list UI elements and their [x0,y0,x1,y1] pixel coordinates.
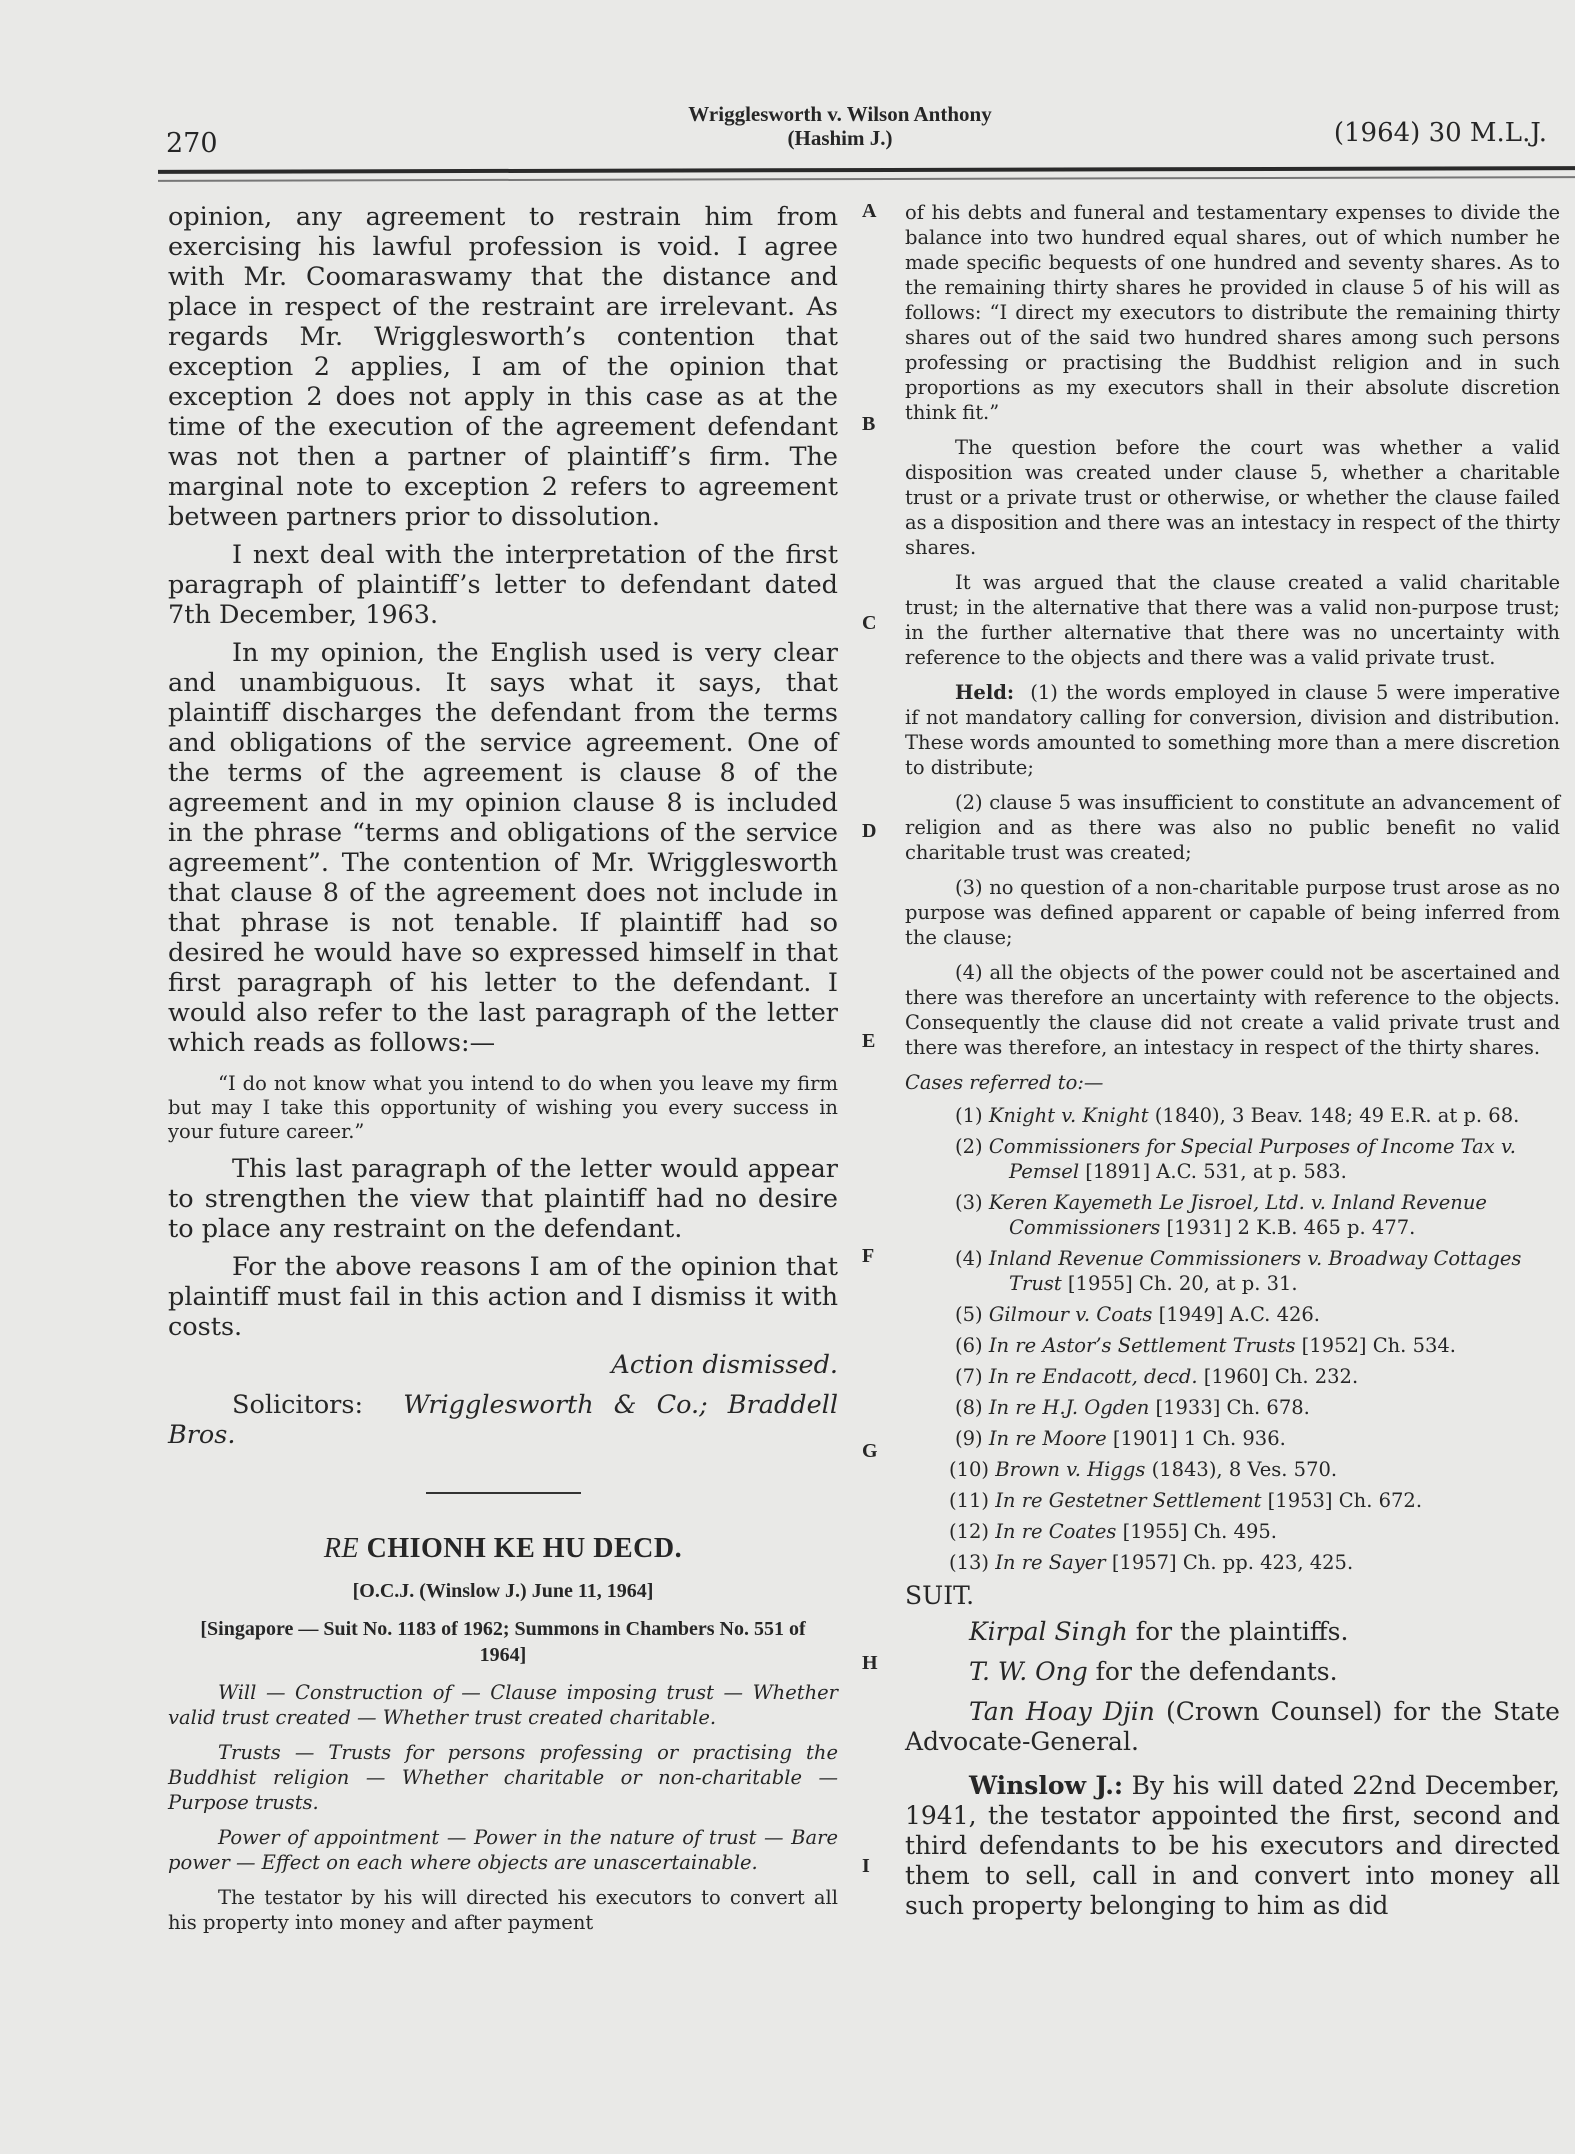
case-citation: [1955] Ch. 20, at p. 31. [1062,1272,1298,1295]
case-name: Knight v. Knight [989,1104,1149,1127]
right-column: of his debts and funeral and testamentar… [905,200,1560,1931]
case-item: (11) In re Gestetner Settlement [1953] C… [905,1488,1560,1513]
paragraph: opinion, any agreement to restrain him f… [168,202,838,532]
margin-letter: H [862,1652,878,1675]
case-item: (12) In re Coates [1955] Ch. 495. [905,1519,1560,1544]
case-citation: [1960] Ch. 232. [1198,1365,1359,1388]
summary-start: The testator by his will directed his ex… [168,1885,838,1935]
case-citation: [1953] Ch. 672. [1261,1489,1422,1512]
case-number: (8) [955,1396,983,1419]
paragraph: For the above reasons I am of the opinio… [168,1252,838,1342]
case-title: RE CHIONH KE HU DECD. [168,1534,838,1564]
suit-reference: [Singapore — Suit No. 1183 of 1962; Summ… [168,1616,838,1668]
counsel-line: Tan Hoay Djin (Crown Counsel) for the St… [905,1697,1560,1757]
headnote-catchwords: Power of appointment — Power in the natu… [168,1825,838,1875]
margin-letter: G [862,1440,878,1463]
court-line: [O.C.J. (Winslow J.) June 11, 1964] [168,1578,838,1604]
case-item: (7) In re Endacott, decd. [1960] Ch. 232… [905,1364,1560,1389]
case-number: (1) [955,1104,983,1127]
held-1: Held: (1) the words employed in clause 5… [905,680,1560,780]
case-item: (5) Gilmour v. Coats [1949] A.C. 426. [905,1302,1560,1327]
letter-quote: “I do not know what you intend to do whe… [168,1072,838,1144]
header-rule-thin [158,176,1575,181]
case-item: (9) In re Moore [1901] 1 Ch. 936. [905,1426,1560,1451]
margin-letter: B [862,413,875,436]
case-number: (7) [955,1365,983,1388]
solicitors-line: Solicitors: Wrigglesworth & Co.; Braddel… [168,1390,838,1450]
suit-label: SUIT. [905,1581,1560,1611]
case-item: (3) Keren Kayemeth Le Jisroel, Ltd. v. I… [905,1190,1560,1240]
case-name: In re Endacott, decd. [989,1365,1198,1388]
paragraph: I next deal with the interpretation of t… [168,540,838,630]
case-number: (3) [955,1191,983,1214]
summary-continued: of his debts and funeral and testamentar… [905,200,1560,425]
case-number: (9) [955,1427,983,1450]
paragraph: This last paragraph of the letter would … [168,1154,838,1244]
page-header: 270 Wrigglesworth v. Wilson Anthony (Has… [0,0,1575,185]
case-item: (1) Knight v. Knight (1840), 3 Beav. 148… [905,1103,1560,1128]
held-2: (2) clause 5 was insufficient to constit… [905,790,1560,865]
case-number: (2) [955,1135,983,1158]
case-name: In re Gestetner Settlement [995,1489,1261,1512]
case-item: (6) In re Astor’s Settlement Trusts [195… [905,1333,1560,1358]
page-number: 270 [166,128,218,159]
paragraph: In my opinion, the English used is very … [168,638,838,1058]
running-title-judge: (Hashim J.) [560,126,1120,150]
case-citation: [1955] Ch. 495. [1116,1520,1277,1543]
report-citation: (1964) 30 M.L.J. [1334,118,1547,148]
question-paragraph: The question before the court was whethe… [905,435,1560,560]
counsel-line: Kirpal Singh for the plaintiffs. [905,1617,1560,1647]
case-number: (6) [955,1334,983,1357]
margin-letter: I [862,1855,870,1878]
case-citation: [1901] 1 Ch. 936. [1107,1427,1286,1450]
case-number: (13) [949,1551,989,1574]
case-item: (8) In re H.J. Ogden [1933] Ch. 678. [905,1395,1560,1420]
case-name: Gilmour v. Coats [989,1303,1153,1326]
solicitors-label: Solicitors: [232,1390,363,1420]
header-rule [158,166,1575,174]
margin-letter: F [862,1245,874,1268]
case-number: (4) [955,1247,983,1270]
running-title-case: Wrigglesworth v. Wilson Anthony [560,102,1120,126]
margin-letter: C [862,612,876,635]
case-citation: [1931] 2 K.B. 465 p. 477. [1160,1216,1415,1239]
case-number: (12) [949,1520,989,1543]
margin-letter: E [862,1030,875,1053]
case-name: In re H.J. Ogden [989,1396,1149,1419]
case-name: Brown v. Higgs [995,1458,1145,1481]
case-citation: [1952] Ch. 534. [1295,1334,1456,1357]
headnote-catchwords: Will — Construction of — Clause imposing… [168,1680,838,1730]
case-item: (2) Commissioners for Special Purposes o… [905,1134,1560,1184]
case-number: (11) [949,1489,989,1512]
case-item: (4) Inland Revenue Commissioners v. Broa… [905,1246,1560,1296]
headnote-catchwords: Trusts — Trusts for persons professing o… [168,1740,838,1815]
case-item: (10) Brown v. Higgs (1843), 8 Ves. 570. [905,1457,1560,1482]
case-citation: (1840), 3 Beav. 148; 49 E.R. at p. 68. [1149,1104,1520,1127]
running-title: Wrigglesworth v. Wilson Anthony (Hashim … [560,102,1120,150]
left-column: opinion, any agreement to restrain him f… [168,202,838,1943]
case-number: (10) [949,1458,989,1481]
case-name: In re Moore [989,1427,1107,1450]
held-3: (3) no question of a non-charitable purp… [905,875,1560,950]
case-citation: [1933] Ch. 678. [1149,1396,1310,1419]
argument-paragraph: It was argued that the clause created a … [905,570,1560,670]
case-name: In re Astor’s Settlement Trusts [989,1334,1296,1357]
margin-letter: D [862,820,876,843]
judgment-start: Winslow J.: By his will dated 22nd Decem… [905,1771,1560,1921]
disposition: Action dismissed. [168,1350,838,1380]
counsel-line: T. W. Ong for the defendants. [905,1657,1560,1687]
case-citation: [1891] A.C. 531, at p. 583. [1079,1160,1347,1183]
case-name: In re Sayer [995,1551,1105,1574]
case-citation: (1843), 8 Ves. 570. [1145,1458,1337,1481]
margin-letter: A [862,200,876,223]
case-item: (13) In re Sayer [1957] Ch. pp. 423, 425… [905,1550,1560,1575]
case-citation: [1957] Ch. pp. 423, 425. [1106,1551,1354,1574]
section-divider [426,1492,581,1494]
held-4: (4) all the objects of the power could n… [905,960,1560,1060]
case-number: (5) [955,1303,983,1326]
cases-list: (1) Knight v. Knight (1840), 3 Beav. 148… [905,1103,1560,1575]
case-name: In re Coates [995,1520,1116,1543]
case-citation: [1949] A.C. 426. [1152,1303,1320,1326]
cases-heading: Cases referred to:— [905,1070,1560,1095]
